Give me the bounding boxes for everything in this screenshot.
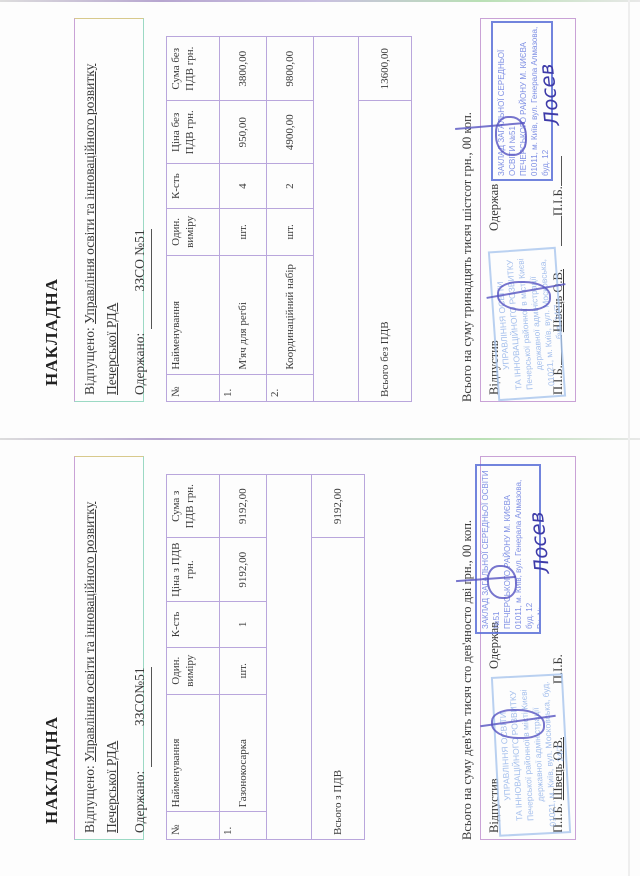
- signature-mark: [487, 565, 517, 599]
- cell-price: 950,00: [220, 101, 267, 164]
- total-value: 13600,00: [359, 37, 412, 101]
- total-value: 9192,00: [312, 475, 365, 538]
- cell-unit: шт.: [220, 209, 267, 255]
- signature-box: Відпустив Одержав П.І.Б. Швець О.В. П.І.…: [480, 18, 576, 402]
- stamp-line: ПЕЧЕРСЬКОГО РАЙОНУ М. КИЄВА: [502, 469, 513, 629]
- items-table: № Найменування Один. виміру К-сть Ціна б…: [166, 36, 412, 402]
- cell-qty: 4: [220, 164, 267, 209]
- col-price: Ціна без ПДВ грн.: [167, 101, 220, 164]
- col-num: №: [167, 374, 220, 401]
- cell-sum: 9192,00: [220, 475, 267, 538]
- total-label: Всього з ПДВ: [312, 538, 365, 840]
- table-spacer-row: [267, 475, 312, 840]
- amount-in-words: Всього на суму дев'ять тисяч сто дев'яно…: [460, 460, 475, 840]
- table-total-row: Всього без ПДВ 13600,00: [359, 37, 412, 402]
- released-label: Відпущено:: [82, 327, 97, 395]
- sender-stamp: УПРАВЛІННЯ ОСВІТИ ТА ІННОВАЦІЙНОГО РОЗВИ…: [488, 247, 566, 401]
- released-line: Відпущено: Управління освіти та інноваці…: [79, 463, 101, 833]
- col-qty: К-сть: [167, 164, 220, 209]
- table-total-row: Всього з ПДВ 9192,00: [312, 475, 365, 840]
- cell-num: 1.: [220, 374, 267, 401]
- total-label: Всього без ПДВ: [359, 101, 412, 402]
- col-price: Ціна з ПДВ грн.: [167, 538, 220, 601]
- cell-name: Координаційний набір: [267, 255, 314, 374]
- invoice-2: НАКЛАДНА Відпущено: Управління освіти та…: [0, 438, 640, 876]
- table-row: 1. М'яч для регбі шт. 4 950,00 3800,00: [220, 37, 267, 402]
- signature-box: Відпустив Одержав П.І.Б. Швець О.В. П.І.…: [480, 456, 576, 840]
- cell-num: 2.: [267, 374, 314, 401]
- released-line: Відпущено: Управління освіти та інноваці…: [79, 25, 101, 395]
- released-value-line2: Печерської РДА: [104, 303, 119, 395]
- col-unit: Один. виміру: [167, 209, 220, 255]
- released-value-line2: Печерської РДА: [104, 741, 119, 833]
- signature-mark: [497, 281, 551, 311]
- cell-qty: 2: [267, 164, 314, 209]
- received-line: Одержано: ЗЗСО№51: [129, 463, 152, 833]
- received-by-name-line: П.І.Б.: [551, 156, 566, 246]
- received-label: Одержано:: [132, 771, 147, 833]
- cell-num: 1.: [220, 812, 267, 840]
- handwritten-signature: Лосев: [524, 511, 554, 576]
- table-spacer-row: [314, 37, 359, 402]
- cell-sum: 3800,00: [220, 37, 267, 101]
- received-value: ЗЗСО №51: [129, 229, 152, 329]
- received-value: ЗЗСО№51: [129, 667, 152, 767]
- cell-price: 4900,00: [267, 101, 314, 164]
- stamp-line: ЗАКЛАД ЗАГАЛЬНОЇ СЕРЕДНЬОЇ ОСВІТИ №51: [480, 469, 502, 629]
- col-sum: Сума з ПДВ грн.: [167, 475, 220, 538]
- cell-name: М'яч для регбі: [220, 255, 267, 374]
- received-label: Одержано:: [132, 333, 147, 395]
- cell-price: 9192,00: [220, 538, 267, 601]
- released-value: Управління освіти та інноваційного розви…: [82, 64, 97, 324]
- received-by-label: Одержав: [487, 184, 502, 231]
- col-qty: К-сть: [167, 601, 220, 647]
- released-value: Управління освіти та інноваційного розви…: [82, 502, 97, 762]
- name-label: П.І.Б.: [551, 186, 565, 216]
- table-row: 1. Газонокосарка шт. 1 9192,00 9192,00: [220, 475, 267, 840]
- invoice-1: НАКЛАДНА Відпущено: Управління освіти та…: [0, 0, 640, 438]
- items-table: № Найменування Один. виміру К-сть Ціна з…: [166, 474, 365, 840]
- table-header-row: № Найменування Один. виміру К-сть Ціна б…: [167, 37, 220, 402]
- invoice-title: НАКЛАДНА: [42, 716, 62, 824]
- col-sum: Сума без ПДВ грн.: [167, 37, 220, 101]
- table-header-row: № Найменування Один. виміру К-сть Ціна з…: [167, 475, 220, 840]
- handwritten-signature: Лосев: [534, 63, 564, 128]
- cell-unit: шт.: [220, 647, 267, 694]
- invoice-title: НАКЛАДНА: [42, 278, 62, 386]
- cell-unit: шт.: [267, 209, 314, 255]
- col-unit: Один. виміру: [167, 647, 220, 694]
- col-name: Найменування: [167, 694, 220, 812]
- cell-name: Газонокосарка: [220, 694, 267, 812]
- table-row: 2. Координаційний набір шт. 2 4900,00 98…: [267, 37, 314, 402]
- col-num: №: [167, 812, 220, 840]
- cell-sum: 9800,00: [267, 37, 314, 101]
- invoice-header-box: Відпущено: Управління освіти та інноваці…: [74, 456, 144, 840]
- col-name: Найменування: [167, 255, 220, 374]
- cell-qty: 1: [220, 601, 267, 647]
- sender-stamp: УПРАВЛІННЯ ОСВІТИ ТА ІННОВАЦІЙНОГО РОЗВИ…: [491, 673, 571, 837]
- received-line: Одержано: ЗЗСО №51: [129, 25, 152, 395]
- released-label: Відпущено:: [82, 765, 97, 833]
- amount-in-words: Всього на суму тринадцять тисяч шістсот …: [460, 22, 475, 402]
- invoice-header-box: Відпущено: Управління освіти та інноваці…: [74, 18, 144, 402]
